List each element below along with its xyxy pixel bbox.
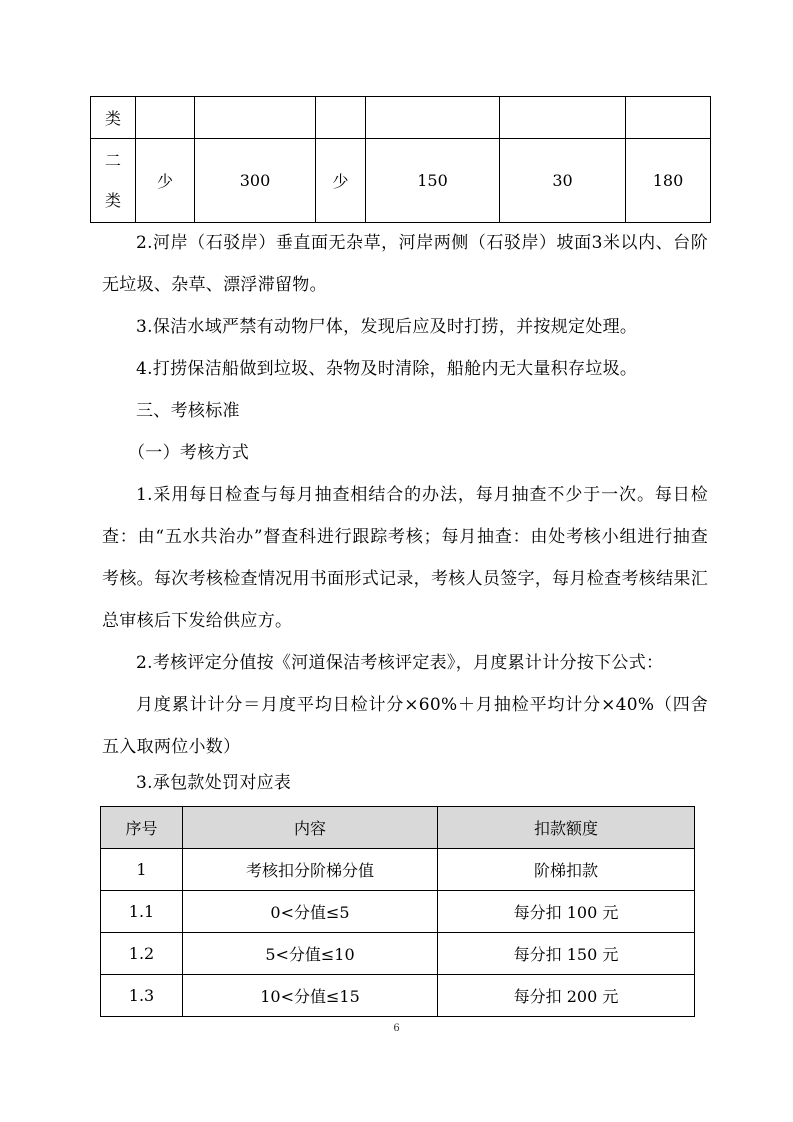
- table-cell: 0<分值≤5: [183, 891, 438, 933]
- table-cell: 少: [136, 139, 195, 223]
- table-cell: [626, 97, 711, 139]
- table-cell: 每分扣 200 元: [438, 975, 695, 1017]
- table-row: 1.1 0<分值≤5 每分扣 100 元: [101, 891, 695, 933]
- table-cell: 300: [195, 139, 316, 223]
- table-cell: [136, 97, 195, 139]
- table-row: 类: [91, 97, 711, 139]
- category-line: 二: [91, 141, 135, 181]
- subsection-heading: （一）考核方式: [128, 432, 734, 474]
- paragraph-formula: 月度累计计分＝月度平均日检计分×60%＋月抽检平均计分×40%（四舍五入取两位小…: [102, 684, 708, 768]
- table-cell: 1.3: [101, 975, 183, 1017]
- table-cell: 30: [500, 139, 626, 223]
- standards-table-continued: 类 二 类 少 300 少 150 30 180: [90, 96, 711, 223]
- paragraph-inspection-method: 1.采用每日检查与每月抽查相结合的办法，每月抽查不少于一次。每日检查：由“五水共…: [102, 474, 708, 642]
- table-cell: 类: [91, 97, 136, 139]
- table-row: 1.3 10<分值≤15 每分扣 200 元: [101, 975, 695, 1017]
- table-cell: 阶梯扣款: [438, 849, 695, 891]
- table-cell: 5<分值≤10: [183, 933, 438, 975]
- table-cell: 考核扣分阶梯分值: [183, 849, 438, 891]
- header-cell: 序号: [101, 807, 183, 849]
- header-cell: 内容: [183, 807, 438, 849]
- paragraph-penalty-title: 3.承包款处罚对应表: [102, 762, 708, 804]
- paragraph-animal-carcass: 3.保洁水域严禁有动物尸体，发现后应及时打捞，并按规定处理。: [102, 306, 708, 348]
- table-row: 1 考核扣分阶梯分值 阶梯扣款: [101, 849, 695, 891]
- table-header-row: 序号 内容 扣款额度: [101, 807, 695, 849]
- penalty-table: 序号 内容 扣款额度 1 考核扣分阶梯分值 阶梯扣款 1.1 0<分值≤5 每分…: [100, 806, 695, 1017]
- table-cell-category: 二 类: [91, 139, 136, 223]
- table-cell: 每分扣 150 元: [438, 933, 695, 975]
- header-cell: 扣款额度: [438, 807, 695, 849]
- paragraph-scoring: 2.考核评定分值按《河道保洁考核评定表》，月度累计计分按下公式：: [102, 642, 708, 684]
- table-cell: 150: [366, 139, 500, 223]
- table-cell: 1: [101, 849, 183, 891]
- table-row: 二 类 少 300 少 150 30 180: [91, 139, 711, 223]
- table-cell: [500, 97, 626, 139]
- table-cell: [195, 97, 316, 139]
- table-cell: 10<分值≤15: [183, 975, 438, 1017]
- table-cell: 1.2: [101, 933, 183, 975]
- table-cell: 180: [626, 139, 711, 223]
- section-heading: 三、考核标准: [102, 390, 708, 432]
- paragraph-riverbank: 2.河岸（石驳岸）垂直面无杂草，河岸两侧（石驳岸）坡面3米以内、台阶无垃圾、杂草…: [102, 222, 708, 306]
- page-number: 6: [0, 1023, 793, 1034]
- table-cell: [366, 97, 500, 139]
- paragraph-boat-cleaning: 4.打捞保洁船做到垃圾、杂物及时清除，船舱内无大量积存垃圾。: [102, 348, 708, 390]
- category-line: 类: [91, 181, 135, 221]
- table-cell: 每分扣 100 元: [438, 891, 695, 933]
- table-cell: 少: [316, 139, 366, 223]
- table-cell: 1.1: [101, 891, 183, 933]
- table-row: 1.2 5<分值≤10 每分扣 150 元: [101, 933, 695, 975]
- table-cell: [316, 97, 366, 139]
